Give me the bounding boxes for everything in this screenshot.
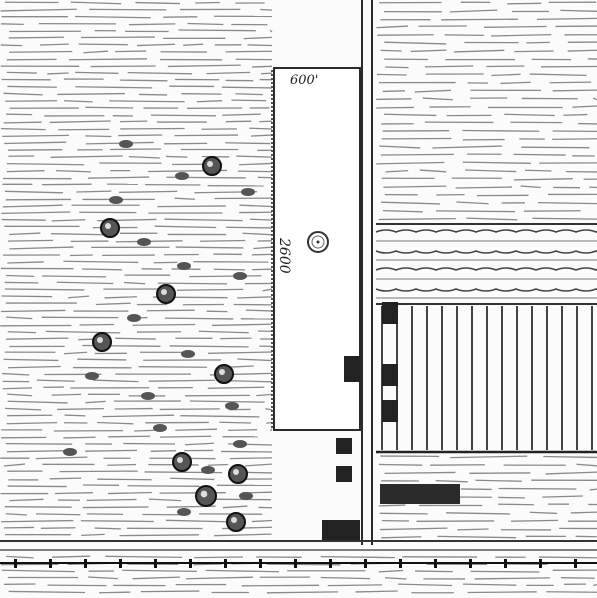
- vertical-road: [362, 0, 372, 545]
- fenced-field: [376, 224, 597, 452]
- engraved-map: 600' 2600: [0, 0, 597, 598]
- top-dimension-label: 600': [290, 73, 318, 88]
- side-dimension-label: 2600: [276, 237, 292, 274]
- rail-line: [0, 559, 597, 568]
- map-canvas: 600' 2600: [0, 0, 597, 598]
